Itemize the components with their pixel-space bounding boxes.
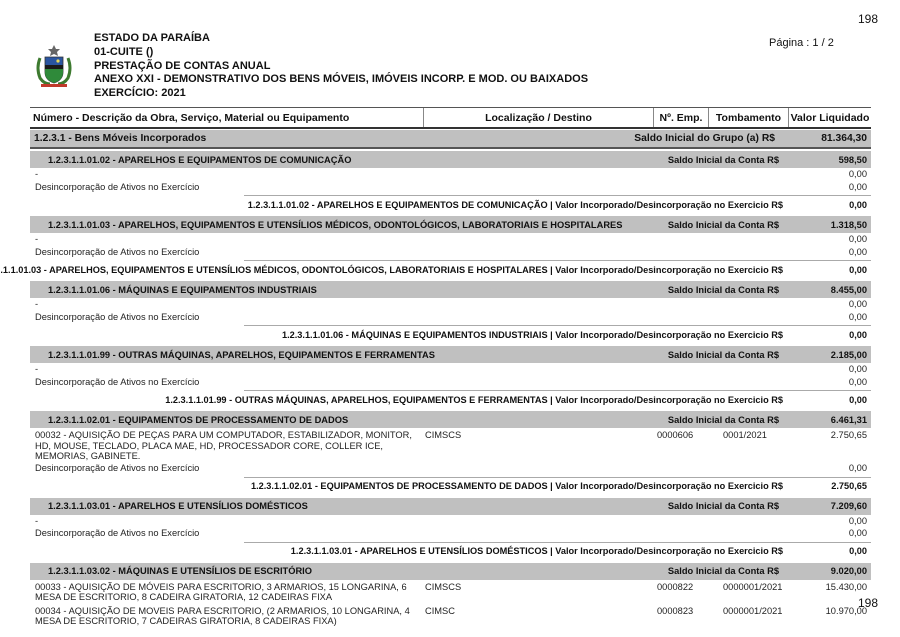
accounts-list: 1.2.3.1.1.01.02 - APARELHOS E EQUIPAMENT… (30, 151, 871, 628)
list-item: -0,00 (30, 515, 871, 528)
desincorporation-row: Desincorporação de Ativos no Exercício0,… (30, 311, 871, 324)
item-tombamento: 0001/2021 (717, 430, 803, 441)
column-header-tombamento: Tombamento (709, 108, 789, 127)
account-total-label: 1.2.3.1.1.01.03 - APARELHOS, EQUIPAMENTO… (0, 265, 783, 275)
account-total-row: 1.2.3.1.1.01.99 - OUTRAS MÁQUINAS, APARE… (30, 390, 871, 409)
line-value: 0,00 (849, 234, 867, 244)
item-location: CIMSCS (421, 582, 657, 593)
item-emp: 0000606 (657, 430, 717, 441)
table-row: 00033 - AQUISIÇÃO DE MÓVEIS PARA ESCRITO… (30, 580, 871, 604)
item-description: 00032 - AQUISIÇÃO DE PEÇAS PARA UM COMPU… (30, 430, 421, 462)
list-item: -0,00 (30, 233, 871, 246)
list-item: -0,00 (30, 168, 871, 181)
item-emp: 0000823 (657, 606, 717, 617)
account-total-label: 1.2.3.1.1.03.01 - APARELHOS E UTENSÍLIOS… (291, 546, 783, 556)
table-header: Número - Descrição da Obra, Serviço, Mat… (30, 107, 871, 129)
item-description: 00034 - AQUISIÇÃO DE MOVEIS PARA ESCRITO… (30, 606, 421, 627)
list-item: -0,00 (30, 363, 871, 376)
exercise-year: EXERCÍCIO: 2021 (94, 87, 588, 101)
account-total-label: 1.2.3.1.1.01.02 - APARELHOS E EQUIPAMENT… (248, 200, 783, 210)
account-total-row: 1.2.3.1.1.03.01 - APARELHOS E UTENSÍLIOS… (30, 542, 871, 561)
entity-name: 01-CUITE () (94, 46, 588, 60)
item-value: 15.430,00 (826, 582, 867, 592)
account-balance-label: Saldo Inicial da Conta R$ (668, 415, 779, 425)
desincorporation-value: 0,00 (849, 528, 867, 538)
account-balance-value: 598,50 (839, 155, 867, 165)
line-value: 0,00 (849, 364, 867, 374)
list-item: -0,00 (30, 298, 871, 311)
item-description: 00033 - AQUISIÇÃO DE MÓVEIS PARA ESCRITO… (30, 582, 421, 603)
account-row: 1.2.3.1.1.01.06 - MÁQUINAS E EQUIPAMENTO… (30, 281, 871, 298)
account-balance-label: Saldo Inicial da Conta R$ (668, 501, 779, 511)
desincorporation-value: 0,00 (849, 247, 867, 257)
account-total-label: 1.2.3.1.1.02.01 - EQUIPAMENTOS DE PROCES… (251, 481, 783, 491)
account-row: 1.2.3.1.1.01.03 - APARELHOS, EQUIPAMENTO… (30, 216, 871, 233)
item-emp: 0000822 (657, 582, 717, 593)
line-value: 0,00 (849, 299, 867, 309)
account-balance-label: Saldo Inicial da Conta R$ (668, 566, 779, 576)
column-header-location: Localização / Destino (424, 108, 654, 127)
account-row: 1.2.3.1.1.02.01 - EQUIPAMENTOS DE PROCES… (30, 411, 871, 428)
state-name: ESTADO DA PARAÍBA (94, 32, 588, 46)
account-row: 1.2.3.1.1.01.02 - APARELHOS E EQUIPAMENT… (30, 151, 871, 168)
account-balance-label: Saldo Inicial da Conta R$ (668, 350, 779, 360)
line-value: 0,00 (849, 516, 867, 526)
desincorporation-row: Desincorporação de Ativos no Exercício0,… (30, 181, 871, 194)
account-balance-label: Saldo Inicial da Conta R$ (668, 285, 779, 295)
account-balance-value: 9.020,00 (831, 566, 867, 576)
item-location: CIMSCS (421, 430, 657, 441)
group-balance-label: Saldo Inicial do Grupo (a) R$ (634, 133, 775, 144)
column-header-emp: Nº. Emp. (654, 108, 709, 127)
account-balance-value: 2.185,00 (831, 350, 867, 360)
report-title: PRESTAÇÃO DE CONTAS ANUAL (94, 60, 588, 74)
desincorporation-row: Desincorporação de Ativos no Exercício0,… (30, 462, 871, 475)
report-header: ESTADO DA PARAÍBA 01-CUITE () PRESTAÇÃO … (94, 32, 588, 101)
desincorporation-label: Desincorporação de Ativos no Exercício (30, 463, 871, 473)
account-total-value: 0,00 (849, 395, 867, 405)
item-tombamento: 0000001/2021 (717, 606, 803, 617)
account-total-value: 0,00 (849, 200, 867, 210)
item-location: CIMSC (421, 606, 657, 617)
line-label: - (30, 516, 871, 526)
desincorporation-value: 0,00 (849, 377, 867, 387)
assets-table: Número - Descrição da Obra, Serviço, Mat… (30, 107, 871, 628)
desincorporation-row: Desincorporação de Ativos no Exercício0,… (30, 527, 871, 540)
account-balance-value: 1.318,50 (831, 220, 867, 230)
desincorporation-label: Desincorporação de Ativos no Exercício (30, 528, 871, 538)
desincorporation-value: 0,00 (849, 182, 867, 192)
desincorporation-label: Desincorporação de Ativos no Exercício (30, 312, 871, 322)
account-total-row: 1.2.3.1.1.01.02 - APARELHOS E EQUIPAMENT… (30, 195, 871, 214)
column-header-value: Valor Liquidado (789, 108, 871, 127)
line-label: - (30, 364, 871, 374)
group-balance-value: 81.364,30 (821, 133, 867, 144)
account-total-value: 0,00 (849, 546, 867, 556)
account-balance-label: Saldo Inicial da Conta R$ (668, 220, 779, 230)
account-total-row: 1.2.3.1.1.01.03 - APARELHOS, EQUIPAMENTO… (30, 260, 871, 279)
page-number-top: 198 (858, 12, 878, 26)
desincorporation-value: 0,00 (849, 463, 867, 473)
group-row: 1.2.3.1 - Bens Móveis Incorporados Saldo… (30, 130, 871, 149)
coat-of-arms-icon (34, 44, 74, 90)
line-label: - (30, 299, 871, 309)
desincorporation-row: Desincorporação de Ativos no Exercício0,… (30, 246, 871, 259)
desincorporation-row: Desincorporação de Ativos no Exercício0,… (30, 376, 871, 389)
page-number-bottom: 198 (858, 596, 878, 610)
account-total-label: 1.2.3.1.1.01.99 - OUTRAS MÁQUINAS, APARE… (165, 395, 783, 405)
desincorporation-value: 0,00 (849, 312, 867, 322)
account-balance-label: Saldo Inicial da Conta R$ (668, 155, 779, 165)
account-total-row: 1.2.3.1.1.02.01 - EQUIPAMENTOS DE PROCES… (30, 477, 871, 496)
account-total-value: 0,00 (849, 265, 867, 275)
account-row: 1.2.3.1.1.03.02 - MÁQUINAS E UTENSÍLIOS … (30, 563, 871, 580)
account-total-row: 1.2.3.1.1.01.06 - MÁQUINAS E EQUIPAMENTO… (30, 325, 871, 344)
account-total-value: 2.750,65 (831, 481, 867, 491)
desincorporation-label: Desincorporação de Ativos no Exercício (30, 182, 871, 192)
annex-title: ANEXO XXI - DEMONSTRATIVO DOS BENS MÓVEI… (94, 73, 588, 87)
table-row: 00034 - AQUISIÇÃO DE MOVEIS PARA ESCRITO… (30, 604, 871, 628)
account-balance-value: 6.461,31 (831, 415, 867, 425)
column-header-description: Número - Descrição da Obra, Serviço, Mat… (30, 108, 424, 127)
account-balance-value: 7.209,60 (831, 501, 867, 511)
account-balance-value: 8.455,00 (831, 285, 867, 295)
table-row: 00032 - AQUISIÇÃO DE PEÇAS PARA UM COMPU… (30, 428, 871, 462)
account-row: 1.2.3.1.1.03.01 - APARELHOS E UTENSÍLIOS… (30, 498, 871, 515)
item-tombamento: 0000001/2021 (717, 582, 803, 593)
desincorporation-label: Desincorporação de Ativos no Exercício (30, 247, 871, 257)
line-label: - (30, 169, 871, 179)
page-indicator: Página : 1 / 2 (769, 37, 834, 49)
account-total-value: 0,00 (849, 330, 867, 340)
account-total-label: 1.2.3.1.1.01.06 - MÁQUINAS E EQUIPAMENTO… (282, 330, 783, 340)
item-value: 2.750,65 (831, 430, 867, 440)
line-value: 0,00 (849, 169, 867, 179)
line-label: - (30, 234, 871, 244)
desincorporation-label: Desincorporação de Ativos no Exercício (30, 377, 871, 387)
account-row: 1.2.3.1.1.01.99 - OUTRAS MÁQUINAS, APARE… (30, 346, 871, 363)
